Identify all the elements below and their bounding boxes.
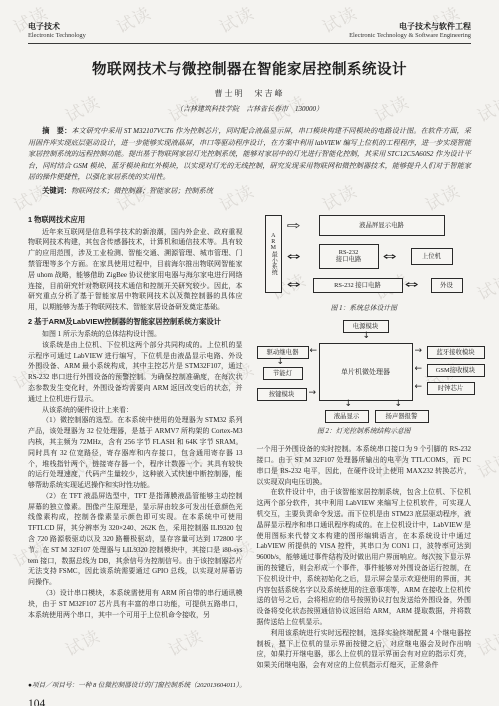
paragraph: 利用该系统进行实时远程控制，选择实验终端配置 4 个继电器控制板，摁下上位机的显… — [257, 628, 472, 671]
body-columns: 1 物联网技术应用 近年来互联网是信息科学技术的新浪潮，国内外企业、政府重视物联… — [28, 211, 471, 671]
fig1-arm-system-box: ARM最小系统 — [265, 215, 282, 293]
figure1-diagram: ARM最小系统 ⇨ 液晶屏显示电路 ⇔ RS-232 接口电路 ⇔ 上位机 ⇔ … — [257, 213, 472, 301]
double-arrow-icon: ⇔ — [404, 279, 418, 290]
journal-title-cn: 电子技术与软件工程 — [349, 22, 471, 32]
fig2-lcd-display-box: 液晶显示 — [325, 410, 369, 423]
paragraph: 从该系统的硬件设计上来看： — [28, 405, 243, 416]
watermark-text: 试读 — [472, 266, 499, 305]
journal-header-left: 电子技术 Electronic Technology — [28, 22, 86, 40]
affiliation: （吉林建筑科技学院 吉林省长春市 130000） — [28, 104, 471, 114]
abstract-label: 摘 要： — [42, 126, 71, 135]
abstract-text: 本文研究中采用 ST M32107VCT6 作为控制芯片，同时配合液晶显示屏，串… — [28, 127, 471, 181]
project-footnote: ●项目／项目号：一种 8 位微控制器设计的门窗控制系统（202013604011… — [28, 679, 471, 689]
left-arrow-icon: ← — [415, 383, 423, 392]
paragraph: （3）设计串口模块，本系统需使用有 ARM 所自带的串行通讯模块，由于 ST M… — [28, 588, 243, 620]
fig2-key-module-box: 按键模块 — [257, 388, 307, 401]
journal-header-right: 电子技术与软件工程 Electronic Technology & Softwa… — [349, 22, 471, 40]
left-arrow-icon: ← — [310, 347, 318, 356]
down-arrow-icon: ↓ — [277, 358, 285, 367]
keywords-text: 物联网技术；微控制器；智能家居；控制系统 — [71, 187, 213, 195]
double-arrow-icon: ⇔ — [286, 279, 300, 290]
down-arrow-icon: ↓ — [395, 400, 403, 409]
journal-header: 电子技术 Electronic Technology 电子技术与软件工程 Ele… — [28, 22, 471, 40]
fig1-rs232-interface-box: RS-232 接口电路 — [319, 244, 379, 269]
paragraph: 近年来互联网是信息科学技术的新浪潮，国内外企业、政府重视物联网技术构建，其包含传… — [28, 227, 243, 313]
paragraph: （1）微控制器的选型。在本系统中使用的处理器为 STM32 系列产品，该处理器为… — [28, 415, 243, 491]
fig1-peripheral-box: 外设 — [431, 278, 463, 293]
left-arrow-icon: ← — [415, 365, 423, 374]
fig1-host-pc-box: 上位机 — [411, 248, 453, 265]
page-number: 104 — [28, 698, 471, 706]
watermark-text: 试读 — [472, 88, 499, 127]
fig2-bluetooth-box: 蓝牙接收模块 — [427, 346, 485, 359]
double-arrow-icon: ⇔ — [286, 251, 300, 262]
fig1-rs232-line2: 接口电路 — [336, 256, 362, 263]
figure1-caption: 图 1：系统总体设计图 — [257, 304, 472, 315]
paragraph: 一个用于外围设备的实时控制。本系统串口接口为 9 个引脚的 RS-232 接口。… — [257, 444, 472, 487]
fig1-rs232-wide-box: RS-232 接口电路 — [313, 278, 403, 293]
fig1-lcd-circuit-box: 液晶屏显示电路 — [319, 215, 445, 236]
fig2-speaker-alarm-box: 扬声器报警 — [375, 410, 429, 423]
right-arrow-icon: → — [309, 389, 317, 398]
abstract-paragraph: 摘 要：本文研究中采用 ST M32107VCT6 作为控制芯片，同时配合液晶显… — [28, 125, 471, 184]
paragraph: 该系统是由上位机、下位机这两个部分共同构成的。上位机的显示程序可通过 LabVI… — [28, 340, 243, 405]
keywords-line: 关键词：物联网技术；微控制器；智能家居；控制系统 — [28, 185, 471, 198]
header-divider — [28, 43, 471, 44]
right-column: ARM最小系统 ⇨ 液晶屏显示电路 ⇔ RS-232 接口电路 ⇔ 上位机 ⇔ … — [257, 211, 472, 671]
figure2-caption: 图 2：灯光控制系统结构示意图 — [257, 427, 472, 438]
section-2-heading: 2 基于ARM及LabVIEW控制器的智能家居控制系统方案设计 — [28, 316, 243, 327]
fig2-clock-chip-box: 时钟芯片 — [427, 382, 475, 395]
down-arrow-icon: ↓ — [345, 400, 353, 409]
paper-page: 试读试读试读试读试读试读试读试读试读试读试读试读试读试读试读试读试读试读试读试读… — [0, 0, 499, 706]
fig1-rs232-line1: RS-232 — [339, 249, 359, 256]
journal-title-en: Electronic Technology & Software Enginee… — [349, 32, 471, 40]
paragraph: 如图 1 所示为系统的总体结构设计图。 — [28, 329, 243, 340]
journal-name-cn: 电子技术 — [28, 22, 86, 32]
figure2-diagram: 电源模块 ↓ 单片机微处理器 驱动继电器 ← ↓ 节能灯 按键模块 → → 蓝牙… — [257, 320, 472, 424]
paragraph: （2）在 TFT 液晶屏选型中，TFT 是指薄膜液晶管能够主动控制屏幕的独立像素… — [28, 491, 243, 588]
journal-name-en: Electronic Technology — [28, 32, 86, 40]
right-arrow-icon: → — [415, 347, 423, 356]
double-arrow-icon: ⇔ — [382, 251, 396, 262]
watermark-text: 试读 — [472, 622, 499, 661]
authors: 曹士明 宋吉峰 — [28, 88, 471, 99]
abstract-block: 摘 要：本文研究中采用 ST M32107VCT6 作为控制芯片，同时配合液晶显… — [28, 125, 471, 198]
keywords-label: 关键词： — [42, 186, 71, 195]
fig2-gsm-box: GSM接收模块 — [427, 364, 485, 377]
left-column: 1 物联网技术应用 近年来互联网是信息科学技术的新浪潮，国内外企业、政府重视物联… — [28, 211, 243, 671]
hollow-right-arrow-icon: ⇨ — [286, 220, 300, 231]
fig2-lamp-box: 节能灯 — [263, 367, 303, 380]
section-1-heading: 1 物联网技术应用 — [28, 214, 243, 225]
watermark-text: 试读 — [472, 444, 499, 483]
paragraph: 在软件设计中，由于该智能家居控制系统，包含上位机、下位机这两个部分软件，其中利用… — [257, 487, 472, 627]
down-arrow-icon: ↓ — [363, 332, 371, 341]
paper-title: 物联网技术与微控制器在智能家居控制系统设计 — [28, 58, 471, 79]
fig2-mcu-box: 单片机微处理器 — [319, 343, 413, 401]
